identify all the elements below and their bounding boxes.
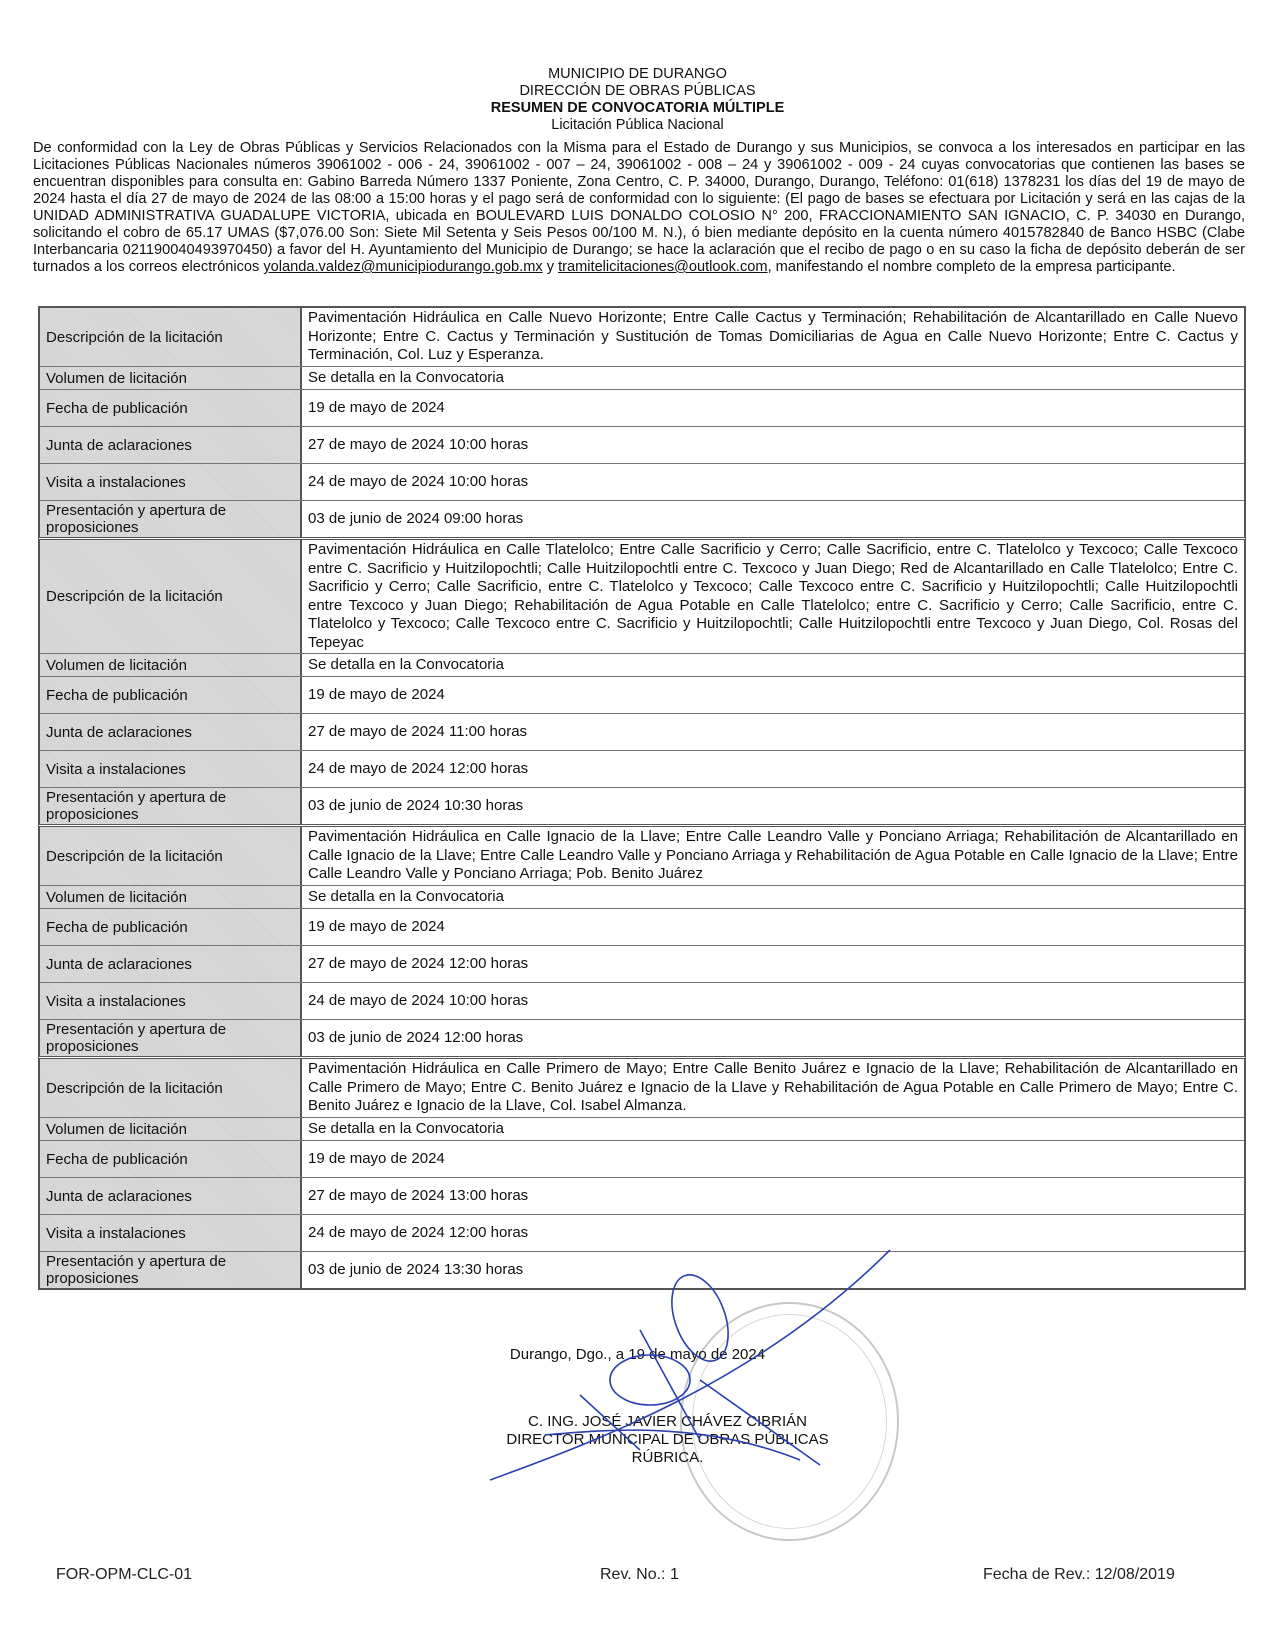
label-visita: Visita a instalaciones (40, 1215, 302, 1251)
label-junta: Junta de aclaraciones (40, 427, 302, 463)
row-descripcion: Descripción de la licitación Pavimentaci… (40, 540, 1244, 654)
label-publicacion: Fecha de publicación (40, 1141, 302, 1177)
row-volumen: Volumen de licitación Se detalla en la C… (40, 654, 1244, 677)
intro-joiner: y (543, 259, 558, 275)
value-presentacion: 03 de junio de 2024 13:30 horas (302, 1252, 1244, 1288)
label-publicacion: Fecha de publicación (40, 909, 302, 945)
document-subtitle: Licitación Pública Nacional (0, 117, 1275, 134)
email-link-yolanda[interactable]: yolanda.valdez@municipiodurango.gob.mx (263, 259, 542, 275)
value-presentacion: 03 de junio de 2024 09:00 horas (302, 501, 1244, 537)
value-descripcion: Pavimentación Hidráulica en Calle Nuevo … (302, 308, 1244, 366)
label-junta: Junta de aclaraciones (40, 714, 302, 750)
row-publicacion: Fecha de publicación 19 de mayo de 2024 (40, 1141, 1244, 1178)
value-presentacion: 03 de junio de 2024 10:30 horas (302, 788, 1244, 824)
value-publicacion: 19 de mayo de 2024 (302, 1141, 1244, 1177)
row-presentacion: Presentación y apertura de proposiciones… (40, 1020, 1244, 1056)
label-volumen: Volumen de licitación (40, 1118, 302, 1140)
row-visita: Visita a instalaciones 24 de mayo de 202… (40, 1215, 1244, 1252)
label-descripcion: Descripción de la licitación (40, 540, 302, 653)
label-presentacion: Presentación y apertura de proposiciones (40, 1252, 302, 1288)
value-volumen: Se detalla en la Convocatoria (302, 654, 1244, 676)
label-presentacion: Presentación y apertura de proposiciones (40, 788, 302, 824)
value-publicacion: 19 de mayo de 2024 (302, 677, 1244, 713)
label-junta: Junta de aclaraciones (40, 946, 302, 982)
value-descripcion: Pavimentación Hidráulica en Calle Primer… (302, 1059, 1244, 1117)
row-descripcion: Descripción de la licitación Pavimentaci… (40, 308, 1244, 367)
row-volumen: Volumen de licitación Se detalla en la C… (40, 1118, 1244, 1141)
value-descripcion: Pavimentación Hidráulica en Calle Ignaci… (302, 827, 1244, 885)
form-code: FOR-OPM-CLC-01 (56, 1566, 192, 1584)
label-visita: Visita a instalaciones (40, 983, 302, 1019)
label-volumen: Volumen de licitación (40, 654, 302, 676)
label-junta: Junta de aclaraciones (40, 1178, 302, 1214)
row-publicacion: Fecha de publicación 19 de mayo de 2024 (40, 909, 1244, 946)
licitacion-block: Descripción de la licitación Pavimentaci… (38, 1056, 1246, 1290)
label-descripcion: Descripción de la licitación (40, 1059, 302, 1117)
label-descripcion: Descripción de la licitación (40, 308, 302, 366)
signer-rubrica: RÚBRICA. (60, 1449, 1275, 1467)
value-junta: 27 de mayo de 2024 13:00 horas (302, 1178, 1244, 1214)
value-descripcion: Pavimentación Hidráulica en Calle Tlatel… (302, 540, 1244, 653)
row-junta: Junta de aclaraciones 27 de mayo de 2024… (40, 946, 1244, 983)
value-volumen: Se detalla en la Convocatoria (302, 367, 1244, 389)
label-presentacion: Presentación y apertura de proposiciones (40, 501, 302, 537)
row-junta: Junta de aclaraciones 27 de mayo de 2024… (40, 1178, 1244, 1215)
value-junta: 27 de mayo de 2024 12:00 horas (302, 946, 1244, 982)
label-visita: Visita a instalaciones (40, 464, 302, 500)
signer-name: C. ING. JOSÉ JAVIER CHÁVEZ CIBRIÁN (60, 1413, 1275, 1431)
row-visita: Visita a instalaciones 24 de mayo de 202… (40, 983, 1244, 1020)
email-link-tramite[interactable]: tramitelicitaciones@outlook.com (558, 259, 767, 275)
value-presentacion: 03 de junio de 2024 12:00 horas (302, 1020, 1244, 1056)
row-volumen: Volumen de licitación Se detalla en la C… (40, 367, 1244, 390)
value-visita: 24 de mayo de 2024 12:00 horas (302, 1215, 1244, 1251)
label-volumen: Volumen de licitación (40, 886, 302, 908)
intro-text: De conformidad con la Ley de Obras Públi… (33, 140, 1245, 275)
label-publicacion: Fecha de publicación (40, 390, 302, 426)
row-visita: Visita a instalaciones 24 de mayo de 202… (40, 751, 1244, 788)
label-visita: Visita a instalaciones (40, 751, 302, 787)
row-publicacion: Fecha de publicación 19 de mayo de 2024 (40, 677, 1244, 714)
licitaciones-table: Descripción de la licitación Pavimentaci… (38, 306, 1246, 1290)
document-page: MUNICIPIO DE DURANGO DIRECCIÓN DE OBRAS … (0, 0, 1275, 1650)
value-publicacion: 19 de mayo de 2024 (302, 909, 1244, 945)
department-name: DIRECCIÓN DE OBRAS PÚBLICAS (0, 83, 1275, 100)
value-publicacion: 19 de mayo de 2024 (302, 390, 1244, 426)
document-title: RESUMEN DE CONVOCATORIA MÚLTIPLE (0, 100, 1275, 117)
value-visita: 24 de mayo de 2024 12:00 horas (302, 751, 1244, 787)
row-junta: Junta de aclaraciones 27 de mayo de 2024… (40, 714, 1244, 751)
row-visita: Visita a instalaciones 24 de mayo de 202… (40, 464, 1244, 501)
row-presentacion: Presentación y apertura de proposiciones… (40, 1252, 1244, 1288)
value-volumen: Se detalla en la Convocatoria (302, 886, 1244, 908)
label-volumen: Volumen de licitación (40, 367, 302, 389)
row-descripcion: Descripción de la licitación Pavimentaci… (40, 827, 1244, 886)
label-presentacion: Presentación y apertura de proposiciones (40, 1020, 302, 1056)
licitacion-block: Descripción de la licitación Pavimentaci… (38, 537, 1246, 824)
row-presentacion: Presentación y apertura de proposiciones… (40, 501, 1244, 537)
row-publicacion: Fecha de publicación 19 de mayo de 2024 (40, 390, 1244, 427)
licitacion-block: Descripción de la licitación Pavimentaci… (38, 306, 1246, 537)
label-descripcion: Descripción de la licitación (40, 827, 302, 885)
row-volumen: Volumen de licitación Se detalla en la C… (40, 886, 1244, 909)
intro-paragraph: De conformidad con la Ley de Obras Públi… (33, 140, 1245, 276)
municipality-name: MUNICIPIO DE DURANGO (0, 66, 1275, 83)
row-presentacion: Presentación y apertura de proposiciones… (40, 788, 1244, 824)
value-volumen: Se detalla en la Convocatoria (302, 1118, 1244, 1140)
signature-block: C. ING. JOSÉ JAVIER CHÁVEZ CIBRIÁN DIREC… (0, 1413, 1275, 1467)
value-junta: 27 de mayo de 2024 11:00 horas (302, 714, 1244, 750)
value-visita: 24 de mayo de 2024 10:00 horas (302, 983, 1244, 1019)
intro-tail: , manifestando el nombre completo de la … (768, 259, 1176, 275)
licitacion-block: Descripción de la licitación Pavimentaci… (38, 824, 1246, 1056)
revision-date: Fecha de Rev.: 12/08/2019 (983, 1566, 1175, 1584)
label-publicacion: Fecha de publicación (40, 677, 302, 713)
place-date: Durango, Dgo., a 19 de mayo de 2024 (0, 1346, 1275, 1363)
row-junta: Junta de aclaraciones 27 de mayo de 2024… (40, 427, 1244, 464)
signer-position: DIRECTOR MUNICIPAL DE OBRAS PÚBLICAS (60, 1431, 1275, 1449)
row-descripcion: Descripción de la licitación Pavimentaci… (40, 1059, 1244, 1118)
value-visita: 24 de mayo de 2024 10:00 horas (302, 464, 1244, 500)
value-junta: 27 de mayo de 2024 10:00 horas (302, 427, 1244, 463)
revision-number: Rev. No.: 1 (600, 1566, 679, 1584)
document-header: MUNICIPIO DE DURANGO DIRECCIÓN DE OBRAS … (0, 66, 1275, 134)
